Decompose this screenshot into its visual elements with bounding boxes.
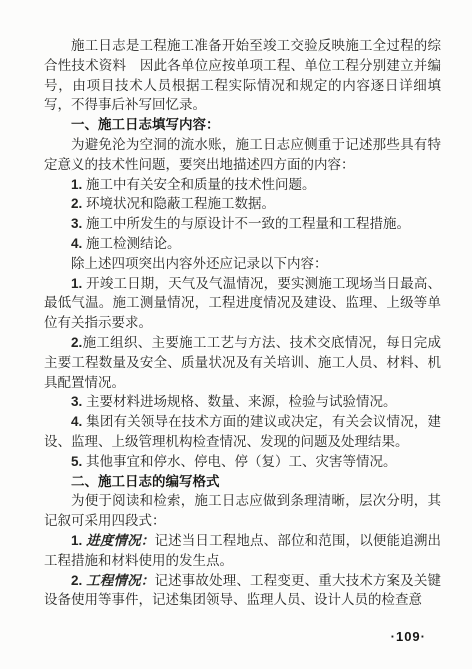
item-number: 4. — [71, 414, 86, 429]
item-text: 其他事宜和停水、停电、停（复）工、灾害等情况。 — [86, 454, 397, 469]
section-heading-1: 一、施工日志填写内容： — [44, 115, 441, 135]
item-text: 主要材料进场规格、数量、来源，检验与试验情况。 — [86, 394, 397, 409]
item-text: 施工组织、主要施工工艺与方法、技术交底情况，每日完成主要工程数量及安全、质量状况… — [44, 335, 441, 390]
list-item: 4. 施工检测结论。 — [44, 234, 441, 254]
item-number: 1. — [71, 177, 86, 192]
item-lead-term: 工程情况： — [86, 573, 154, 588]
item-text: 环境状况和隐蔽工程施工数据。 — [86, 196, 275, 211]
item-text: 集团有关领导在技术方面的建议或决定，有关会议情况，建设、监理、上级管理机构检查情… — [44, 414, 441, 449]
list-item: 2. 工程情况：记述事故处理、工程变更、重大技术方案及关键设备使用等事件，记述集… — [44, 571, 441, 611]
item-text: 开竣工日期，天气及气温情况，要实测施工现场当日最高、最低气温。施工测量情况，工程… — [44, 276, 441, 331]
item-number: 1. — [71, 533, 86, 548]
section-heading-2: 二、施工日志的编写格式 — [44, 472, 441, 492]
item-text: 施工中有关安全和质量的技术性问题。 — [86, 177, 316, 192]
paragraph: 为避免沦为空洞的流水账，施工日志应侧重于记述那些具有特定意义的技术性问题，要突出… — [44, 135, 441, 175]
list-item: 5. 其他事宜和停水、停电、停（复）工、灾害等情况。 — [44, 452, 441, 472]
list-item: 3. 施工中所发生的与原设计不一致的工程量和工程措施。 — [44, 214, 441, 234]
list-item: 2.施工组织、主要施工工艺与方法、技术交底情况，每日完成主要工程数量及安全、质量… — [44, 333, 441, 392]
item-number: 5. — [71, 454, 86, 469]
item-lead-term: 进度情况： — [86, 533, 154, 548]
item-number: 2. — [71, 573, 86, 588]
page-number: ·109· — [391, 627, 426, 647]
item-text: 施工中所发生的与原设计不一致的工程量和工程措施。 — [86, 216, 410, 231]
item-number: 2. — [71, 335, 82, 350]
paragraph: 除上述四项突出内容外还应记录以下内容： — [44, 254, 441, 274]
list-item: 1. 施工中有关安全和质量的技术性问题。 — [44, 175, 441, 195]
paragraph: 为便于阅读和检索，施工日志应做到条理清晰，层次分明，其记叙可采用四段式： — [44, 491, 441, 531]
item-number: 1. — [71, 276, 86, 291]
item-number: 3. — [71, 216, 86, 231]
list-item: 1. 开竣工日期，天气及气温情况，要实测施工现场当日最高、最低气温。施工测量情况… — [44, 274, 441, 333]
paragraph: 施工日志是工程施工准备开始至竣工交验反映施工全过程的综合性技术资料 因此各单位应… — [44, 36, 441, 115]
list-item: 2. 环境状况和隐蔽工程施工数据。 — [44, 194, 441, 214]
document-page: 施工日志是工程施工准备开始至竣工交验反映施工全过程的综合性技术资料 因此各单位应… — [0, 0, 472, 669]
list-item: 4. 集团有关领导在技术方面的建议或决定，有关会议情况，建设、监理、上级管理机构… — [44, 412, 441, 452]
list-item: 3. 主要材料进场规格、数量、来源，检验与试验情况。 — [44, 392, 441, 412]
item-text: 施工检测结论。 — [86, 236, 181, 251]
item-number: 2. — [71, 196, 86, 211]
item-number: 3. — [71, 394, 86, 409]
item-number: 4. — [71, 236, 86, 251]
list-item: 1. 进度情况：记述当日工程地点、部位和范围，以便能追溯出工程措施和材料使用的发… — [44, 531, 441, 571]
